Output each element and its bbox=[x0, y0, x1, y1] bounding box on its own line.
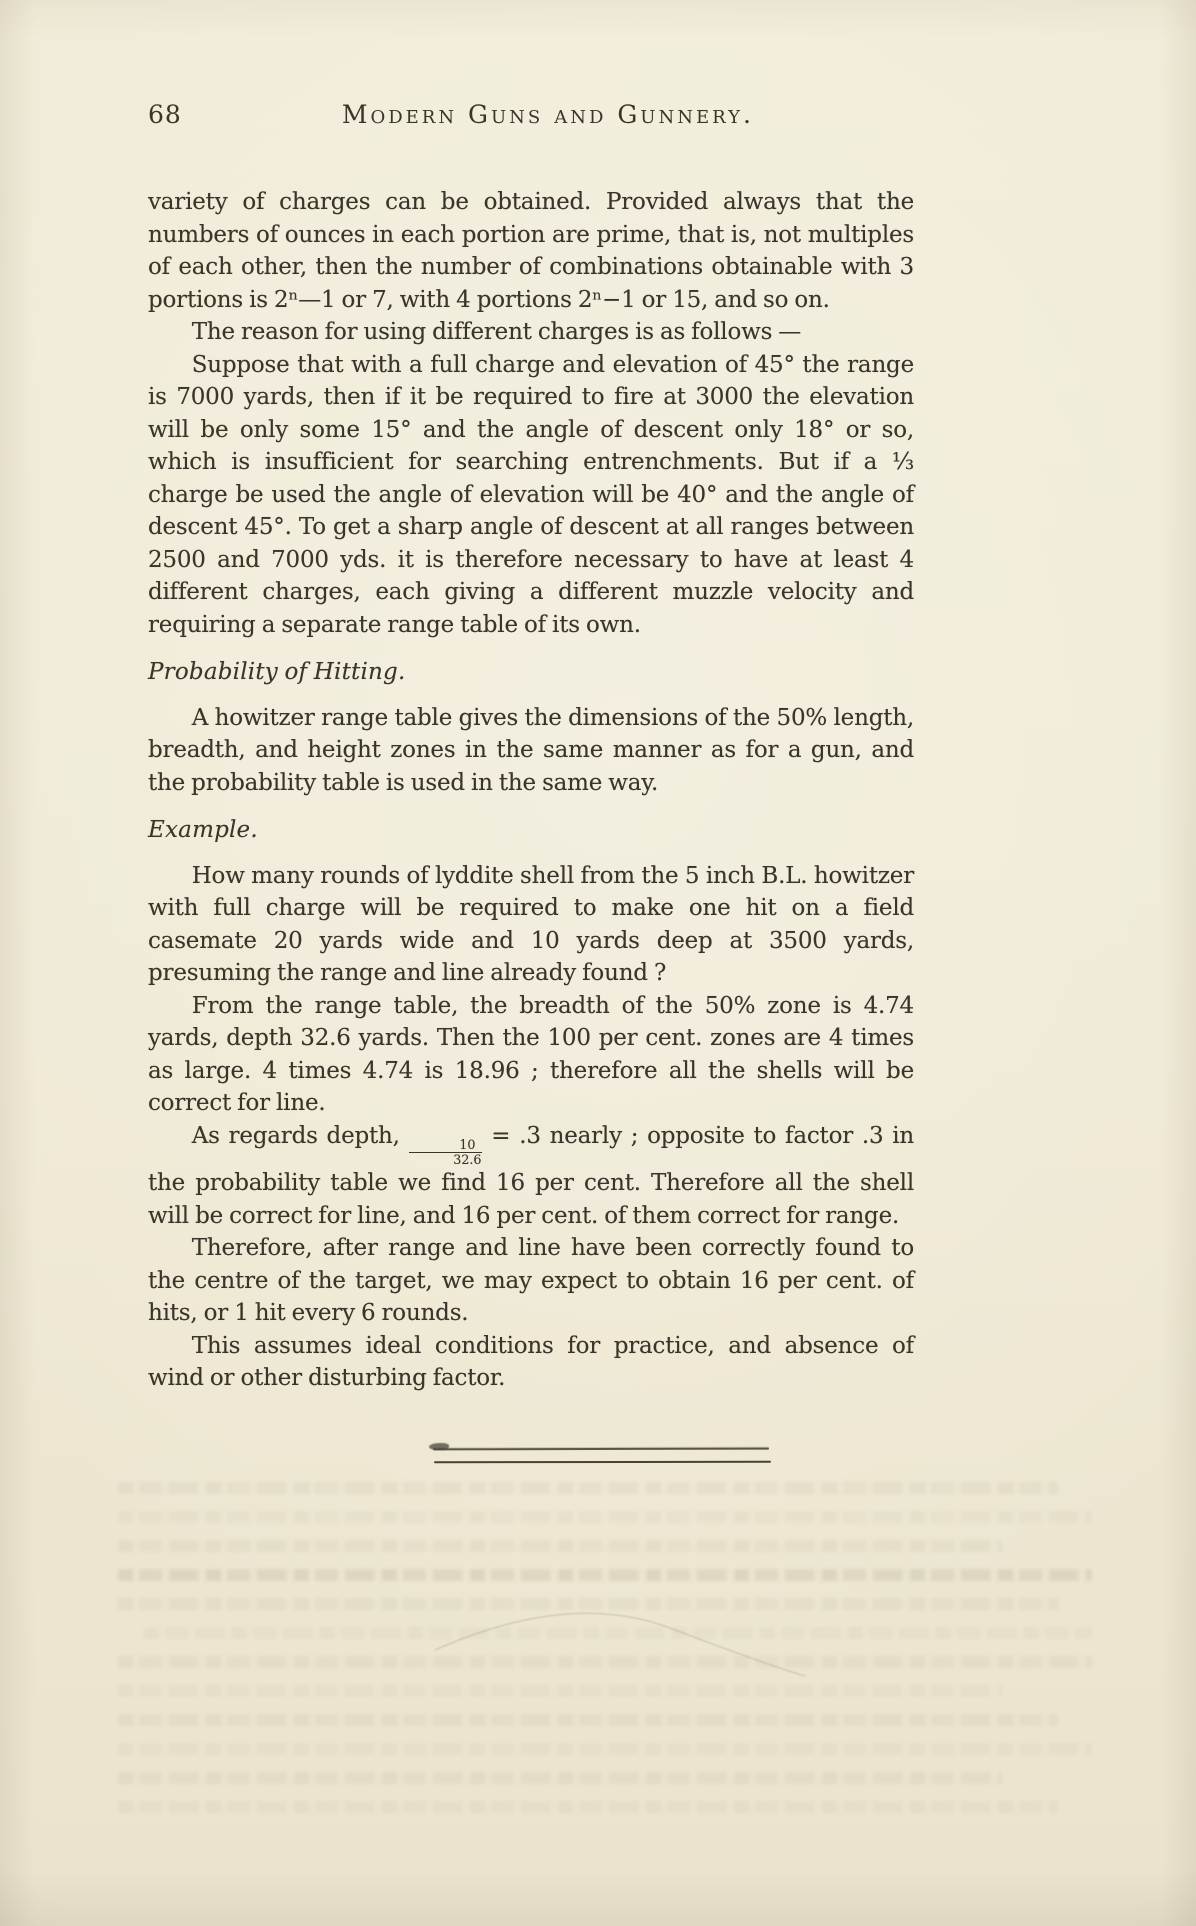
fraction-denominator: 32.6 bbox=[409, 1153, 483, 1167]
fraction-numerator: 10 bbox=[409, 1138, 483, 1153]
page-body-text: variety of charges can be obtained. Prov… bbox=[148, 186, 914, 1395]
paragraph-as-regards-depth: As regards depth, 1032.6 = .3 nearly ; o… bbox=[148, 1120, 914, 1233]
show-through-line bbox=[118, 1598, 1058, 1610]
divider-top-line bbox=[433, 1448, 769, 1451]
paragraph-suppose-full-charge: Suppose that with a full charge and elev… bbox=[148, 349, 914, 642]
running-header-title: Modern Guns and Gunnery. bbox=[182, 100, 914, 129]
depth-text-before: As regards depth, bbox=[192, 1123, 409, 1149]
section-heading-example: Example. bbox=[148, 814, 914, 847]
show-through-region bbox=[118, 1482, 1092, 1842]
page-number: 68 bbox=[148, 100, 182, 129]
section-divider-rule bbox=[433, 1444, 771, 1466]
show-through-line bbox=[118, 1714, 1058, 1726]
paragraph-example-question: How many rounds of lyddite shell from th… bbox=[148, 860, 914, 990]
paragraph-ideal-conditions: This assumes ideal conditions for practi… bbox=[148, 1330, 914, 1395]
show-through-line bbox=[118, 1511, 1092, 1523]
show-through-line bbox=[144, 1627, 1092, 1639]
paragraph-therefore-hits: Therefore, after range and line have bee… bbox=[148, 1232, 914, 1330]
paragraph-from-range-table: From the range table, the breadth of the… bbox=[148, 990, 914, 1120]
paragraph-howitzer-range-table: A howitzer range table gives the dimensi… bbox=[148, 702, 914, 800]
show-through-line bbox=[118, 1569, 1092, 1581]
show-through-line bbox=[118, 1772, 1002, 1784]
divider-bottom-line bbox=[434, 1461, 771, 1464]
show-through-line bbox=[118, 1743, 1092, 1755]
show-through-line bbox=[118, 1482, 1058, 1494]
show-through-line bbox=[118, 1656, 1092, 1668]
book-page: 68 Modern Guns and Gunnery. variety of c… bbox=[0, 0, 1196, 1926]
depth-fraction: 1032.6 bbox=[409, 1138, 483, 1167]
paragraph-reason-for-charges: The reason for using different charges i… bbox=[148, 316, 914, 349]
show-through-line bbox=[118, 1685, 1002, 1697]
show-through-line bbox=[118, 1801, 1058, 1813]
section-heading-probability-of-hitting: Probability of Hitting. bbox=[148, 656, 914, 689]
paragraph-charges-combinations: variety of charges can be obtained. Prov… bbox=[148, 186, 914, 316]
show-through-line bbox=[118, 1540, 1002, 1552]
running-header: 68 Modern Guns and Gunnery. bbox=[148, 100, 914, 129]
